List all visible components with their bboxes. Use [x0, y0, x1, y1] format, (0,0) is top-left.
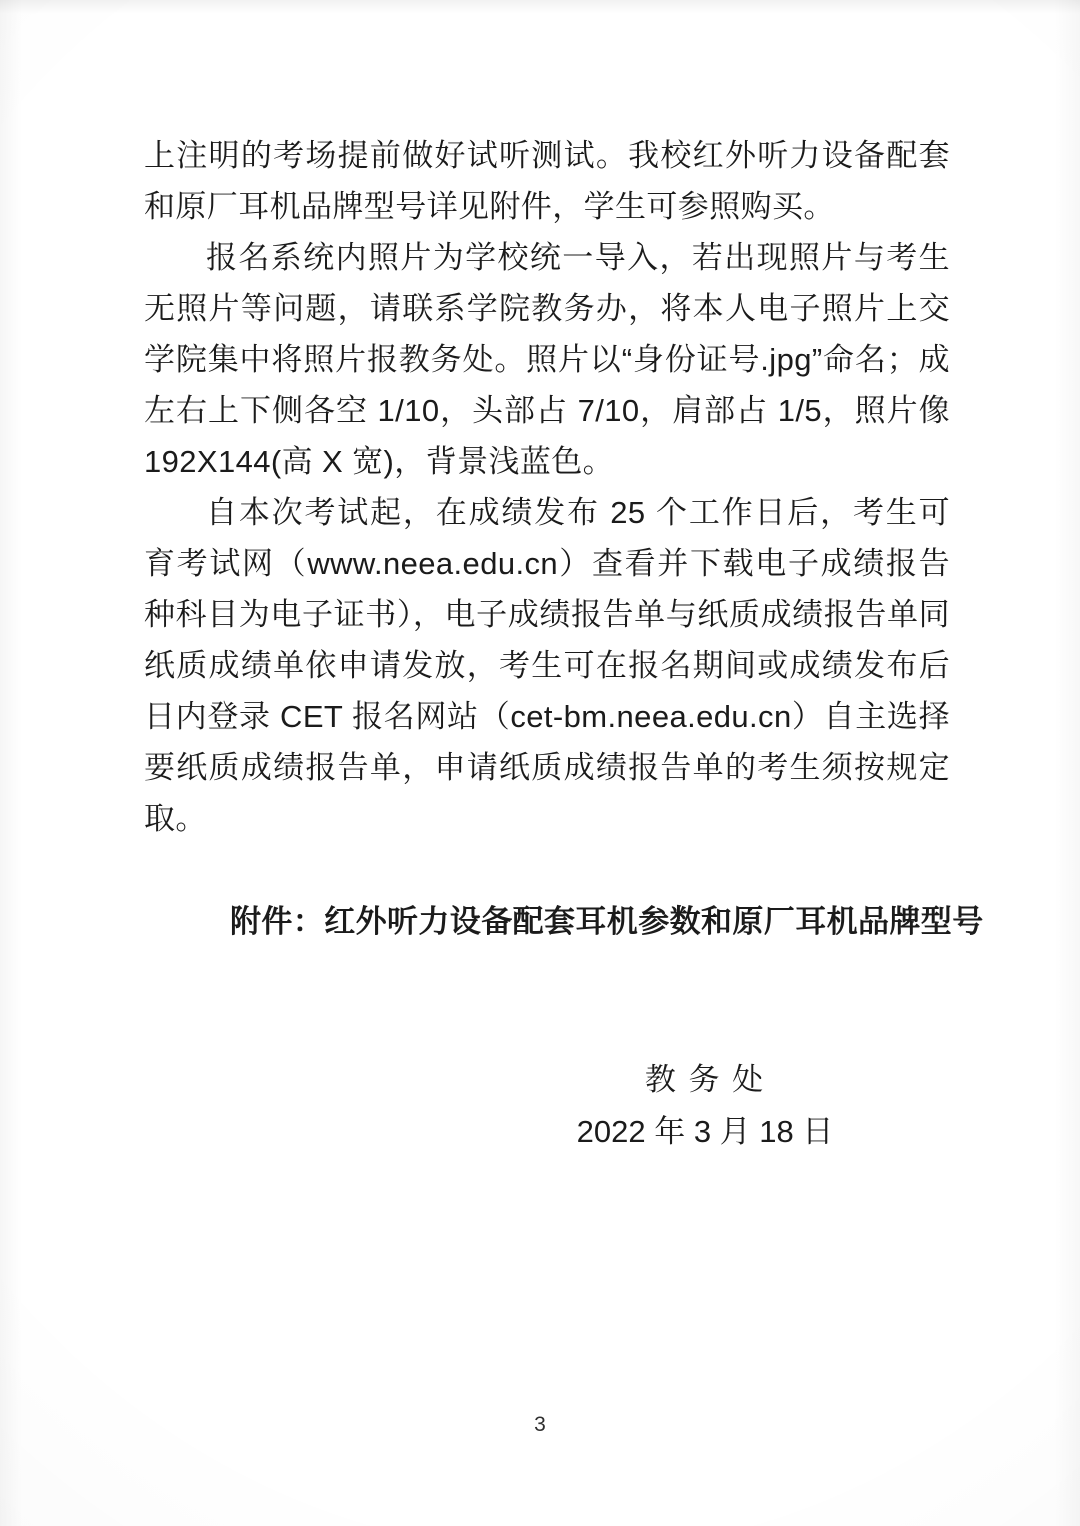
body-line-9: 育考试网（www.neea.edu.cn）查看并下载电子成绩报告单（小语	[144, 538, 950, 589]
body-line-12: 日内登录 CET 报名网站（cet-bm.neea.edu.cn）自主选择是否需	[144, 691, 950, 742]
signature-name: 教 务 处	[330, 1054, 1080, 1106]
signature-date: 2022 年 3 月 18 日	[330, 1106, 1080, 1158]
body-line-14: 取。	[144, 793, 950, 844]
body-line-2: 和原厂耳机品牌型号详见附件，学生可参照购买。	[144, 181, 950, 232]
page-number: 3	[0, 1410, 1080, 1440]
body-line-5: 学院集中将照片报教务处。照片以“身份证号.jpg”命名；成像区要求	[144, 334, 950, 385]
signature-block: 教 务 处 2022 年 3 月 18 日	[330, 1054, 1080, 1158]
body-line-8: 自本次考试起，在成绩发布 25 个工作日后，考生可登录中国教	[144, 487, 950, 538]
body-line-3: 报名系统内照片为学校统一导入，若出现照片与考生本人不符、	[144, 232, 950, 283]
body-line-13: 要纸质成绩报告单，申请纸质成绩报告单的考生须按规定到考点领	[144, 742, 950, 793]
body-line-10: 种科目为电子证书），电子成绩报告单与纸质成绩报告单同等效力。	[144, 589, 950, 640]
body-line-1: 上注明的考场提前做好试听测试。我校红外听力设备配套耳机参数	[144, 130, 950, 181]
body-line-7: 192X144(高 X 宽)，背景浅蓝色。	[144, 436, 950, 487]
body-line-11: 纸质成绩单依申请发放，考生可在报名期间或成绩发布后 10 个工作	[144, 640, 950, 691]
body-line-6: 左右上下侧各空 1/10，头部占 7/10，肩部占 1/5，照片像素不低于	[144, 385, 950, 436]
document-body: 上注明的考场提前做好试听测试。我校红外听力设备配套耳机参数 和原厂耳机品牌型号详…	[144, 130, 950, 947]
body-line-4: 无照片等问题，请联系学院教务办，将本人电子照片上交学院，由	[144, 283, 950, 334]
document-page: 上注明的考场提前做好试听测试。我校红外听力设备配套耳机参数 和原厂耳机品牌型号详…	[0, 0, 1080, 1526]
attachment-note: 附件：红外听力设备配套耳机参数和原厂耳机品牌型号	[144, 896, 950, 947]
